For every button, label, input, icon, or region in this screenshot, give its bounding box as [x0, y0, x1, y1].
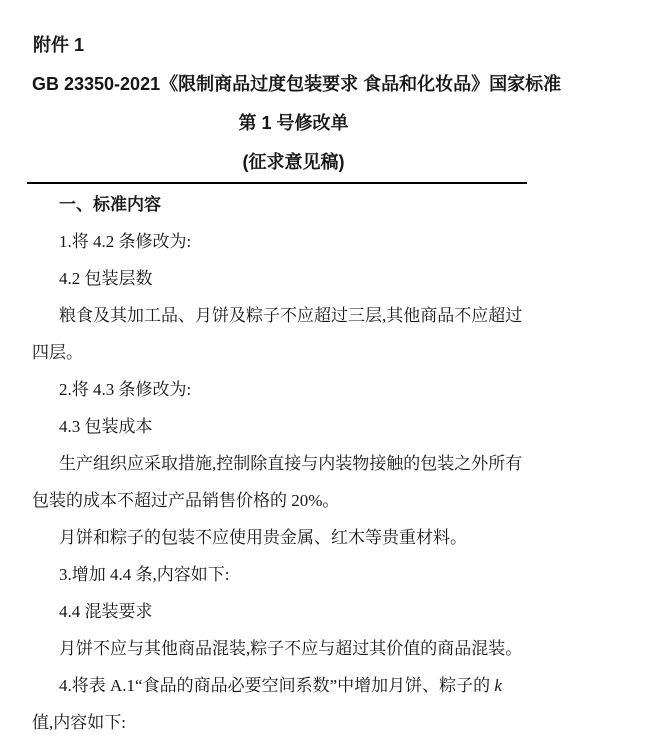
- draft-for-comment-note: (征求意见稿): [32, 143, 555, 182]
- attachment-label: 附件 1: [32, 26, 555, 65]
- body-line: 包装的成本不超过产品销售价格的 20%。: [32, 482, 645, 519]
- body-line: 粮食及其加工品、月饼及粽子不应超过三层,其他商品不应超过: [32, 297, 645, 334]
- section-heading: 一、标准内容: [32, 186, 645, 223]
- amendment-number-subtitle: 第 1 号修改单: [32, 104, 555, 143]
- document-title: GB 23350-2021《限制商品过度包装要求 食品和化妆品》国家标准: [32, 65, 555, 104]
- variable-k: k: [494, 676, 502, 695]
- body-line: 4.4 混装要求: [32, 593, 645, 630]
- body-line: 2.将 4.3 条修改为:: [32, 371, 645, 408]
- document-header: 附件 1 GB 23350-2021《限制商品过度包装要求 食品和化妆品》国家标…: [0, 0, 555, 182]
- body-line: 4.2 包装层数: [32, 260, 645, 297]
- body-line: 月饼不应与其他商品混装,粽子不应与超过其价值的商品混装。: [32, 630, 645, 667]
- body-line: 4.将表 A.1“食品的商品必要空间系数”中增加月饼、粽子的 k: [32, 667, 645, 704]
- document-page: 附件 1 GB 23350-2021《限制商品过度包装要求 食品和化妆品》国家标…: [0, 0, 645, 750]
- body-line: 4.3 包装成本: [32, 408, 645, 445]
- body-line: 月饼和粽子的包装不应使用贵金属、红木等贵重材料。: [32, 519, 645, 556]
- document-body: 一、标准内容1.将 4.2 条修改为:4.2 包装层数粮食及其加工品、月饼及粽子…: [0, 184, 645, 741]
- line-text: 4.将表 A.1“食品的商品必要空间系数”中增加月饼、粽子的: [59, 676, 494, 695]
- body-line: 3.增加 4.4 条,内容如下:: [32, 556, 645, 593]
- body-line: 生产组织应采取措施,控制除直接与内装物接触的包装之外所有: [32, 445, 645, 482]
- body-line: 值,内容如下:: [32, 704, 645, 741]
- body-line: 1.将 4.2 条修改为:: [32, 223, 645, 260]
- body-line: 四层。: [32, 334, 645, 371]
